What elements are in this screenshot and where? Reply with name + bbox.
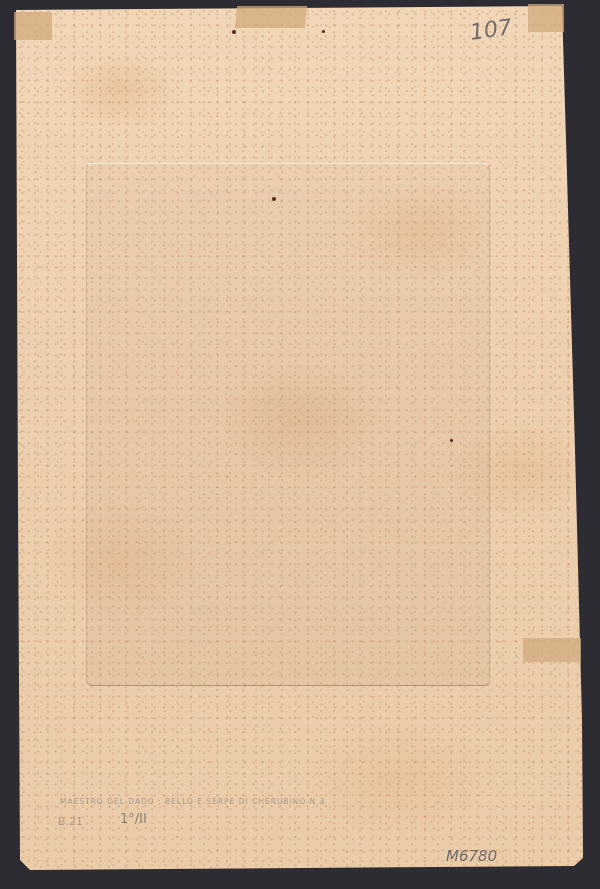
paper-sheet [0,0,600,889]
ink-spot [232,30,236,34]
ink-spot [272,197,276,201]
state-note: 1°/II [120,812,147,827]
ink-spot [450,439,453,442]
plate-mark [86,163,490,686]
hinge-tape-top-right [528,4,564,32]
inventory-number: M6780 [446,847,497,865]
hinge-tape-top-center [235,6,307,28]
ink-spot [322,30,325,33]
hinge-tape-right [523,638,581,662]
hinge-tape-top-left [14,12,52,40]
attribution-note: MAESTRO DEL DADO ; BELLO E SERPE DI CHER… [60,797,325,806]
catalogue-ref: B.21 [58,815,83,828]
